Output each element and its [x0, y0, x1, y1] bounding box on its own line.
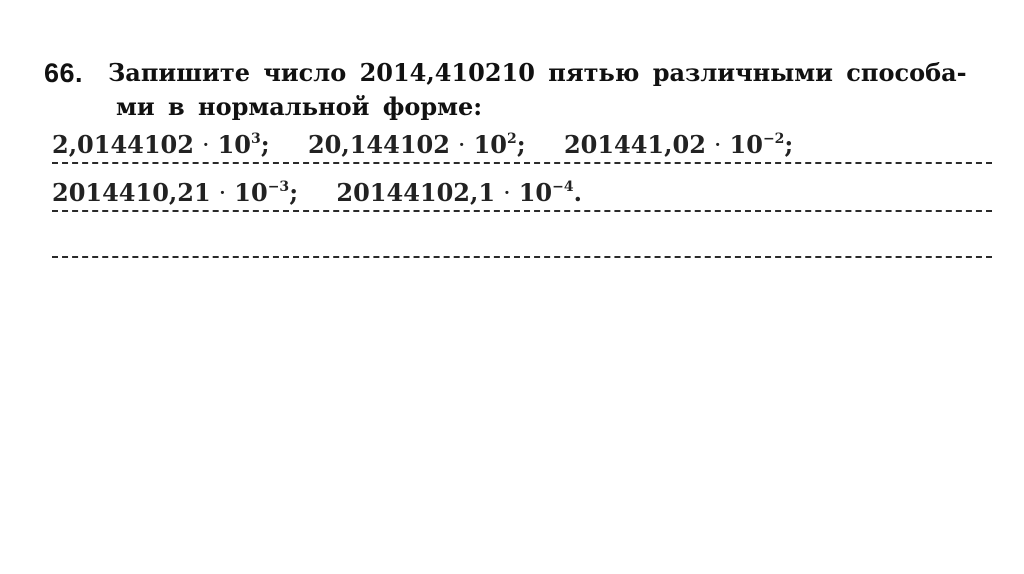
- multiply-sign: ·: [194, 131, 218, 159]
- multiply-sign: ·: [211, 179, 235, 207]
- answer-line-2: 2014410,21·10−3; 20144102,1·10−4.: [52, 176, 992, 210]
- answer-3: 201441,02·10−2;: [564, 128, 793, 162]
- mantissa: 2,0144102: [52, 130, 194, 159]
- mantissa: 20,144102: [308, 130, 450, 159]
- base: 10: [218, 130, 251, 159]
- exponent: 2: [507, 131, 517, 147]
- answer-line-3-empty: [52, 222, 992, 256]
- statement-line-2: ми в нормальной форме:: [108, 90, 1008, 124]
- separator: ;: [289, 178, 298, 207]
- base: 10: [234, 178, 267, 207]
- statement-line-1: Запишите число 2014,410210 пятью различн…: [108, 58, 967, 87]
- problem-statement: Запишите число 2014,410210 пятью различн…: [108, 56, 1008, 124]
- mantissa: 2014410,21: [52, 178, 211, 207]
- dashed-rule: [52, 210, 992, 212]
- base: 10: [730, 130, 763, 159]
- answer-2: 20,144102·102;: [308, 128, 526, 162]
- answer-line-1: 2,0144102·103; 20,144102·102; 201441,02·…: [52, 128, 992, 162]
- exponent: −2: [763, 131, 784, 147]
- multiply-sign: ·: [495, 179, 519, 207]
- exponent: 3: [251, 131, 261, 147]
- separator: ;: [784, 130, 793, 159]
- base: 10: [519, 178, 552, 207]
- answer-5: 20144102,1·10−4.: [336, 176, 582, 210]
- exponent: −4: [552, 179, 573, 195]
- multiply-sign: ·: [450, 131, 474, 159]
- separator: ;: [517, 130, 526, 159]
- multiply-sign: ·: [706, 131, 730, 159]
- exponent: −3: [268, 179, 289, 195]
- mantissa: 20144102,1: [336, 178, 495, 207]
- problem-number: 66.: [44, 58, 83, 89]
- mantissa: 201441,02: [564, 130, 706, 159]
- base: 10: [474, 130, 507, 159]
- separator: ;: [261, 130, 270, 159]
- dashed-rule: [52, 162, 992, 164]
- answer-1: 2,0144102·103;: [52, 128, 270, 162]
- dashed-rule: [52, 256, 992, 258]
- separator: .: [574, 178, 582, 207]
- answer-4: 2014410,21·10−3;: [52, 176, 298, 210]
